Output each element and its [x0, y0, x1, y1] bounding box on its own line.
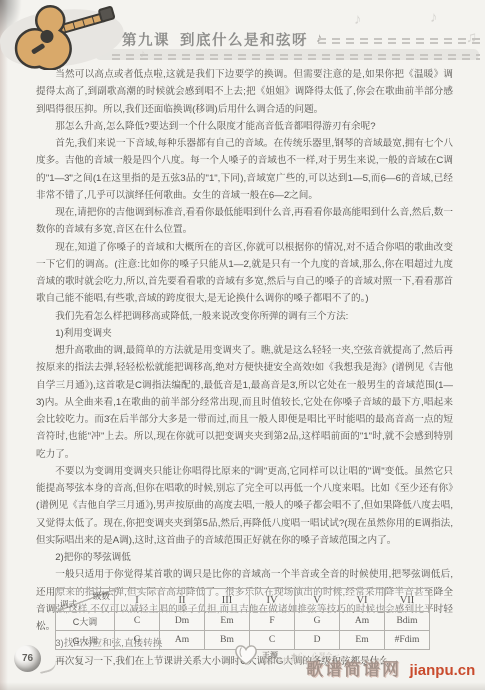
header-dashed-line — [318, 38, 480, 44]
chord-cell: Am — [160, 631, 205, 650]
method-heading: 2)把你的琴弦调低 — [36, 549, 453, 566]
lesson-title-text: 到底什么是和弦呀 — [180, 33, 308, 49]
scanned-book-page: { "icons": { "music_note": "♪", "music_n… — [0, 0, 485, 690]
chord-cell: Dm — [160, 612, 205, 631]
chord-cell: C — [115, 612, 160, 631]
chord-cell: G — [115, 631, 160, 650]
guitar-icon — [6, 0, 124, 75]
chord-cell: Em — [205, 612, 250, 631]
paragraph: 那怎么升高,怎么降低?要达到一个什么限度才能高音低音都唱得游刃有余呢? — [36, 118, 453, 135]
paragraph: 当然可以高点或者低点啦,这就是我们下边要学的换调。但需要注意的是,如果你把《温暖… — [36, 66, 453, 118]
chord-degree-table: 级数 调式 I II III IV V VI VII C大调 C Dm Em F… — [55, 588, 430, 650]
column-header: VI — [340, 589, 385, 612]
chord-cell: F — [250, 612, 295, 631]
column-header: I — [115, 589, 160, 612]
row-label: G大调 — [56, 631, 115, 650]
method-heading: 1)利用变调夹 — [36, 325, 453, 342]
table-row: C大调 C Dm Em F G Am Bdim — [56, 612, 430, 631]
paragraph: 我们先看怎么样把调移高或降低,一般来说改变你所弹的调有三个方法: — [36, 308, 453, 325]
lesson-number-label: 第九课 — [122, 33, 170, 49]
chord-cell: Am — [340, 612, 385, 631]
music-note-icon: ♪ — [354, 11, 362, 28]
header-dashed-line — [112, 54, 480, 60]
page-number: 76 — [22, 653, 33, 664]
paragraph: 现在,请把你的吉他调到标准音,看看你最低能唱到什么音,再看看你最高能唱到什么音,… — [36, 204, 453, 239]
scan-edge-bottom — [0, 682, 485, 690]
paragraph: 首先,我们来说一下音域,每种乐器都有自己的音域。在传统乐器里,钢琴的音域最宽,拥… — [36, 135, 453, 204]
table-header-row: 级数 调式 I II III IV V VI VII — [56, 589, 430, 612]
lesson-text: 当然可以高点或者低点啦,这就是我们下边要学的换调。但需要注意的是,如果你把《温暖… — [36, 66, 453, 670]
page-number-badge: 76 — [14, 645, 41, 672]
corner-label-mode: 调式 — [60, 598, 77, 610]
chord-cell: Bdim — [385, 612, 430, 631]
watermark-site-url: jianpu.cn — [409, 662, 475, 679]
column-header: V — [295, 589, 340, 612]
column-header: II — [160, 589, 205, 612]
site-watermark: 歌谱简谱网 jianpu.cn — [306, 655, 475, 680]
column-header: III — [205, 589, 250, 612]
column-header: VII — [385, 589, 430, 612]
watermark-site-name: 歌谱简谱网 — [306, 660, 401, 679]
heart-icon — [233, 643, 259, 672]
chord-cell: G — [295, 612, 340, 631]
column-header: IV — [250, 589, 295, 612]
paragraph: 不要以为变调用变调夹只能让你唱得比原来的"调"更高,它同样可以让唱的"调"变低。… — [36, 463, 453, 549]
music-note-icon: ♪ — [430, 9, 438, 26]
corner-label-degree: 级数 — [93, 590, 110, 602]
page-title: 第九课到底什么是和弦呀 — [122, 29, 308, 50]
paragraph: 现在,知道了你嗓子的音域和大概所在的音区,你就可以根据你的情况,对不适合你唱的歌… — [36, 239, 453, 308]
chord-cell: #Fdim — [385, 631, 430, 650]
scan-edge-left — [0, 0, 8, 690]
paragraph: 想升高歌曲的调,最简单的方法就是用变调夹了。瞧,就是这么轻轻一夹,空弦音就提高了… — [36, 342, 453, 463]
table-corner-cell: 级数 调式 — [56, 589, 115, 612]
row-label: C大调 — [56, 612, 115, 631]
